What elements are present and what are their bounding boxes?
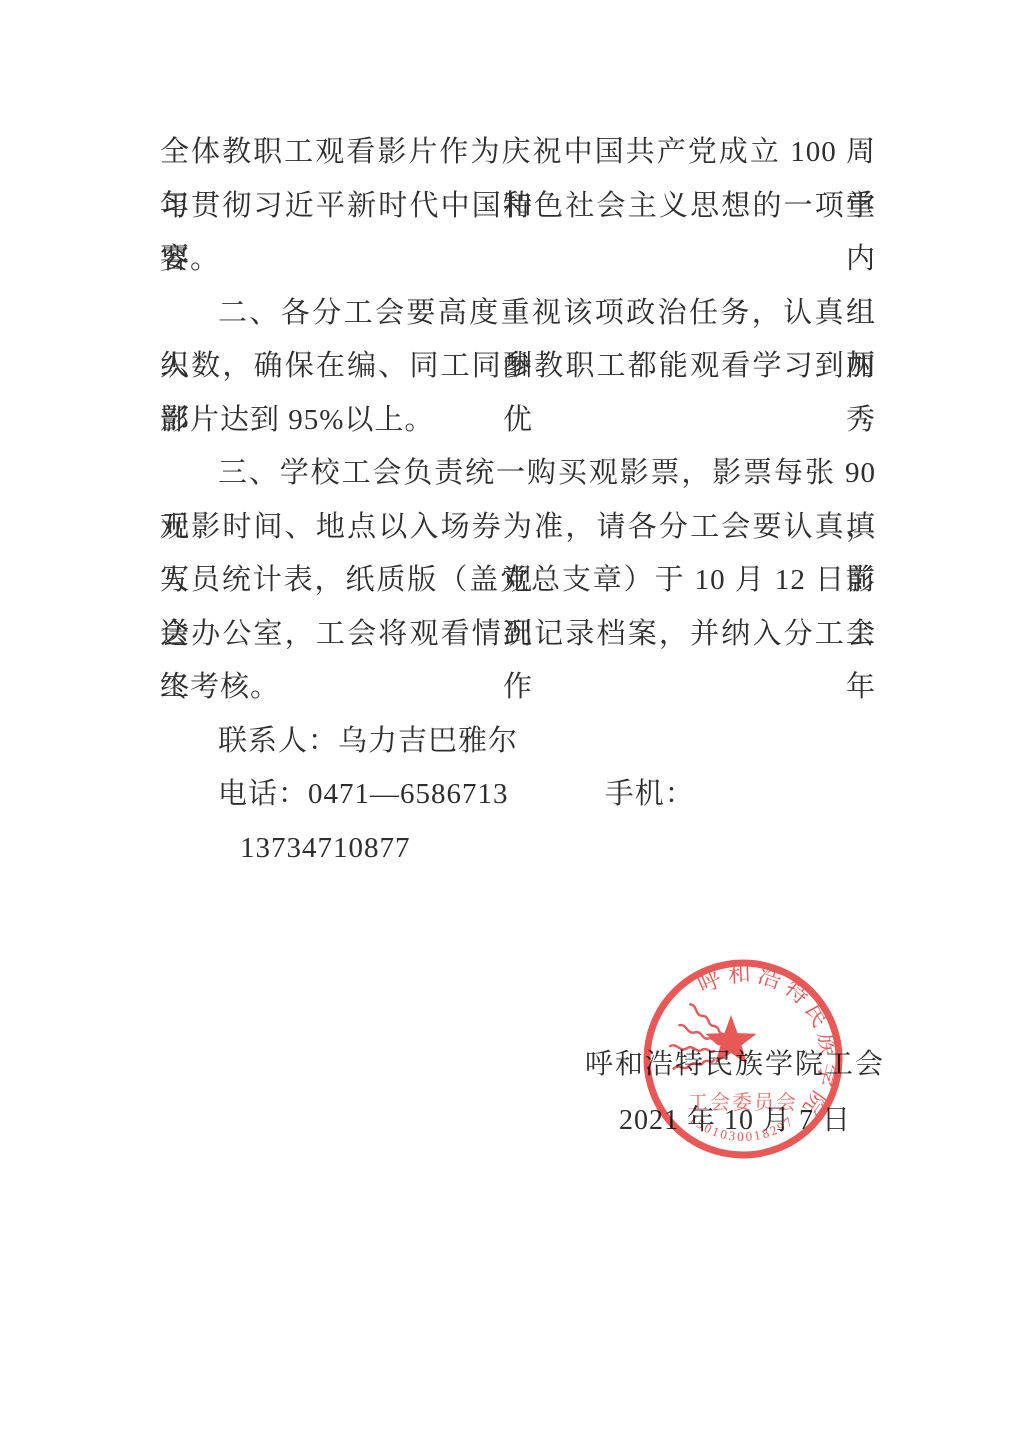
body-line: 人员统计表，纸质版（盖党总支章）于 10 月 12 日前送到工: [160, 554, 876, 608]
mobile-number: 13734710877: [240, 832, 411, 864]
document-body: 全体教职工观看影片作为庆祝中国共产党成立 100 周年和学 习贯彻习近平新时代中…: [160, 126, 876, 822]
body-line: 人数，确保在编、同工同酬教职工都能观看学习到两部优秀: [160, 340, 876, 394]
document-page: 全体教职工观看影片作为庆祝中国共产党成立 100 周年和学 习贯彻习近平新时代中…: [0, 0, 1024, 1448]
body-line: 二、各分工会要高度重视该项政治任务，认真组织参加: [160, 287, 876, 341]
body-line: 会办公室，工会将观看情况记录档案，并纳入分工会工作年: [160, 608, 876, 662]
body-line: 习贯彻习近平新时代中国特色社会主义思想的一项重要内: [160, 180, 876, 234]
body-line: 三、学校工会负责统一购买观影票，影票每张 90 元，: [160, 447, 876, 501]
contact-person-line: 联系人：乌力吉巴雅尔: [160, 715, 876, 769]
body-line: 观影时间、地点以入场券为准，请各分工会要认真填写观影: [160, 501, 876, 555]
phone-number: 电话：0471—6586713: [218, 778, 509, 810]
mobile-label: 手机：: [605, 778, 695, 810]
seal-bottom-text: 工会委员会: [688, 1091, 798, 1114]
body-line: 全体教职工观看影片作为庆祝中国共产党成立 100 周年和学: [160, 126, 876, 180]
seal-code-number: 1501030018297: [687, 1111, 797, 1144]
official-seal-stamp: 呼和浩特民族学院 工会委员会 1501030018297: [633, 949, 853, 1169]
contact-phones-line: 电话：0471—6586713 手机： 13734710877: [160, 768, 876, 822]
